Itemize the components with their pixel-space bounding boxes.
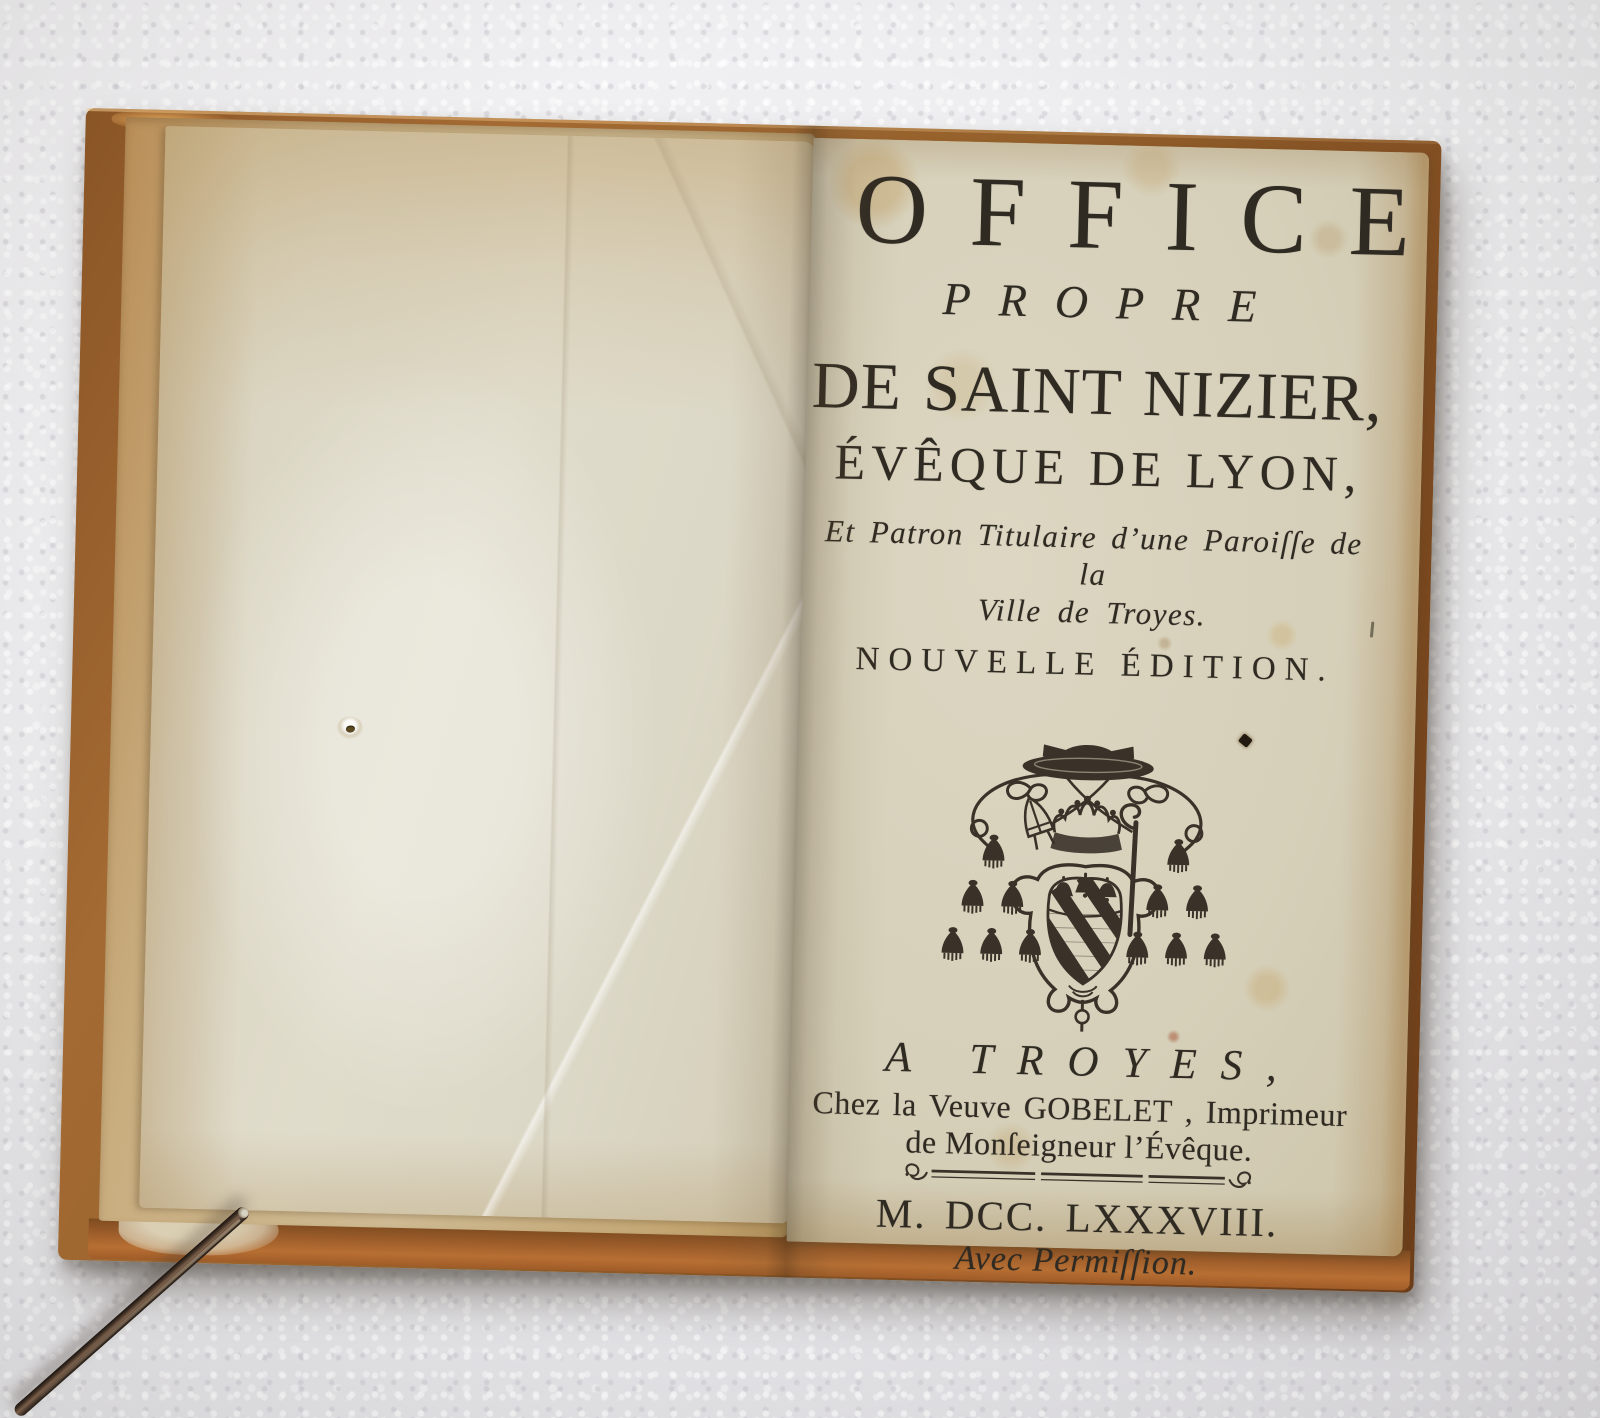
- paper-puncture-hole: [337, 716, 364, 739]
- subtitle-propre: PROPRE: [811, 270, 1388, 337]
- cartouche-shield: [1008, 863, 1159, 1033]
- subtitle-saint-nizier: DE SAINT NIZIER,: [809, 351, 1387, 434]
- mitre: [1017, 793, 1058, 850]
- title-page-text: OFFICE PROPRE DE SAINT NIZIER, ÉVÊQUE DE…: [788, 138, 1392, 1289]
- coronet: [1050, 794, 1123, 853]
- photograph: OFFICE PROPRE DE SAINT NIZIER, ÉVÊQUE DE…: [0, 0, 1600, 1418]
- patron-line-1: Et Patron Titulaire d’une Paroiſſe de la: [805, 513, 1383, 600]
- left-blank-flyleaf: [139, 126, 815, 1224]
- subtitle-eveque-lyon: ÉVÊQUE DE LYON,: [807, 434, 1384, 503]
- episcopal-coat-of-arms-icon: [932, 716, 1240, 1041]
- coat-of-arms-engraving: [794, 712, 1378, 1044]
- paper-creases: [139, 126, 815, 1224]
- title-page: OFFICE PROPRE DE SAINT NIZIER, ÉVÊQUE DE…: [787, 138, 1430, 1257]
- open-book: OFFICE PROPRE DE SAINT NIZIER, ÉVÊQUE DE…: [58, 108, 1442, 1293]
- edition-line: NOUVELLE ÉDITION.: [802, 639, 1379, 693]
- main-title: OFFICE: [813, 158, 1391, 272]
